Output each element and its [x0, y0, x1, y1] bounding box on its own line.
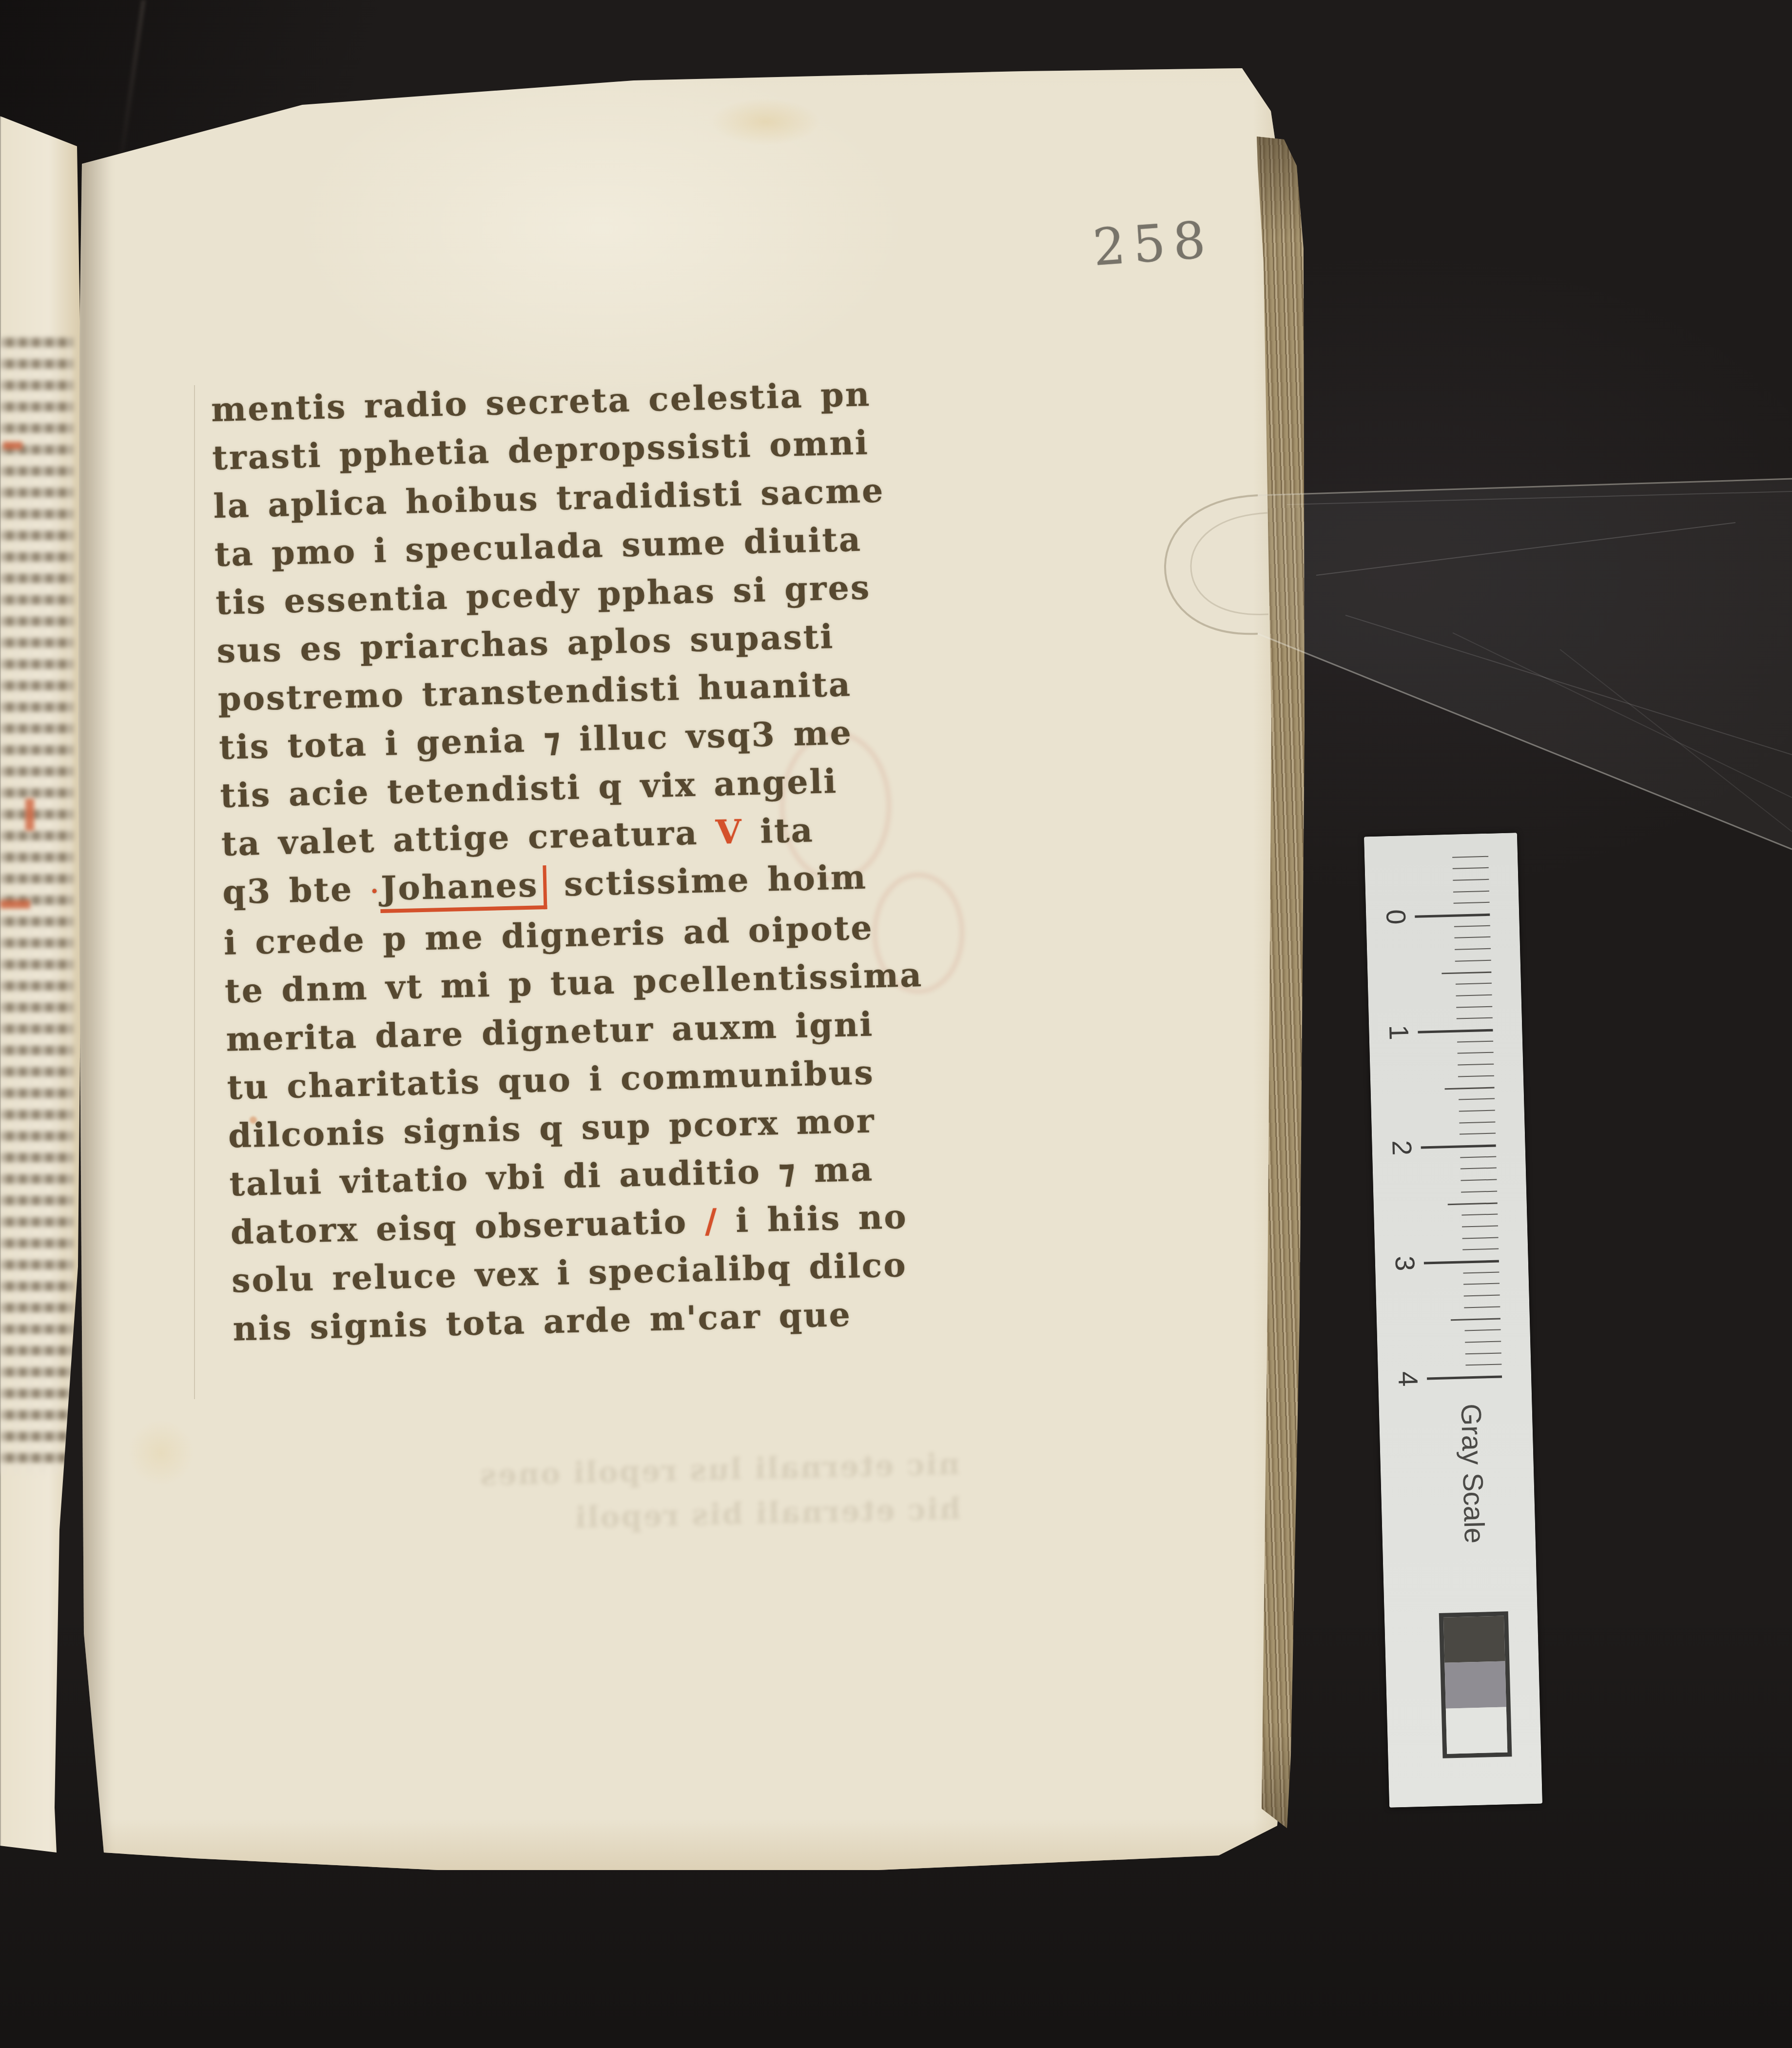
- ruler-tick-minor: [1454, 936, 1490, 938]
- ruler-tick-minor: [1461, 1190, 1497, 1192]
- ruler-tick-major: [1418, 1029, 1493, 1034]
- ruler-tick-minor: [1459, 1110, 1495, 1112]
- ruler-tick-major: [1427, 1375, 1502, 1380]
- ruler-tick-minor: [1462, 1225, 1498, 1227]
- gray-scale-patches: [1439, 1611, 1512, 1758]
- ruler-tick-minor: [1465, 1329, 1501, 1331]
- plastic-strap-body: [1165, 479, 1792, 849]
- ruler-tick-minor: [1454, 902, 1490, 904]
- gray-scale-card: 01234 Gray Scale: [1364, 833, 1542, 1808]
- ruler-tick-minor: [1465, 1341, 1501, 1343]
- ruler-tick-minor: [1461, 1179, 1497, 1181]
- ruler-number: 0: [1380, 901, 1412, 933]
- ruler-tick-minor: [1455, 960, 1491, 962]
- ruler-tick-minor: [1459, 1121, 1495, 1123]
- ruler-tick-minor: [1460, 1133, 1496, 1135]
- ruler-tick-minor: [1459, 1098, 1495, 1100]
- ruler-tick-minor: [1456, 983, 1492, 985]
- ruler-tick-minor: [1463, 1271, 1499, 1273]
- ruler-tick-minor: [1454, 925, 1490, 927]
- gray-scale-label: Gray Scale: [1455, 1403, 1491, 1550]
- ruler-tick-minor: [1452, 856, 1488, 858]
- ruler-tick-minor: [1457, 1040, 1493, 1042]
- ruler-tick-minor: [1456, 995, 1492, 996]
- ruler-tick-minor: [1465, 1352, 1501, 1354]
- ruler-tick-major: [1421, 1145, 1496, 1149]
- ruler-tick-medium: [1451, 1318, 1500, 1321]
- ruler-tick-minor: [1461, 1214, 1498, 1216]
- ruler-tick-minor: [1455, 948, 1491, 950]
- dark-gray-patch: [1443, 1616, 1505, 1663]
- ruler-number: 1: [1383, 1016, 1416, 1049]
- ruler-tick-major: [1415, 914, 1490, 918]
- ruler-number: 2: [1386, 1132, 1419, 1164]
- ruler-tick-minor: [1456, 1006, 1492, 1008]
- ruler-tick-medium: [1448, 1202, 1498, 1205]
- photo-stage: 258 mentis radio secreta celestia pntras…: [0, 0, 1792, 2048]
- ruler-tick-minor: [1458, 1052, 1494, 1054]
- ruler-tick-minor: [1464, 1306, 1500, 1308]
- ruler-number: 3: [1389, 1248, 1422, 1280]
- ruler-tick-minor: [1458, 1064, 1494, 1066]
- ruler-tick-minor: [1460, 1156, 1496, 1158]
- ruler-tick-minor: [1464, 1295, 1500, 1297]
- ruler-tick-minor: [1458, 1075, 1494, 1077]
- ruler-tick-minor: [1462, 1248, 1499, 1250]
- ruler-tick-minor: [1462, 1237, 1499, 1239]
- ruler-tick-major: [1424, 1260, 1499, 1265]
- mid-gray-patch: [1444, 1661, 1506, 1709]
- ruler-tick-minor: [1453, 879, 1489, 881]
- ruler-tick-minor: [1463, 1283, 1500, 1285]
- white-patch: [1446, 1707, 1507, 1754]
- ruler-tick-minor: [1461, 1168, 1497, 1170]
- ruler-tick-minor: [1453, 867, 1489, 869]
- ruler-tick-medium: [1441, 971, 1491, 974]
- ruler-number: 4: [1392, 1363, 1424, 1395]
- ruler-tick-minor: [1465, 1364, 1501, 1366]
- ruler-tick-minor: [1457, 1017, 1493, 1019]
- ruler-tick-medium: [1445, 1087, 1495, 1090]
- ruler-tick-minor: [1453, 890, 1489, 892]
